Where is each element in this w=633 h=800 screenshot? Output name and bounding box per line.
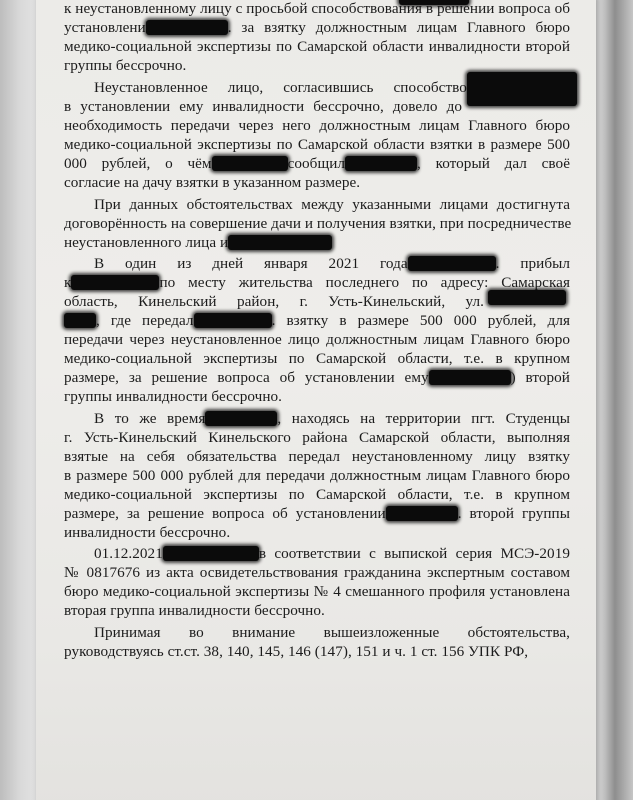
text-line: передачи через неустановленное лицо долж… xyxy=(64,331,570,350)
text-line: 000 рублей, о чёмсообщил, который дал св… xyxy=(64,155,570,174)
text-line: Принимая во внимание вышеизложенные обст… xyxy=(94,624,570,643)
text-line: размере, за решение вопроса об установле… xyxy=(64,369,570,388)
text-line: вторая группа инвалидности бессрочно. xyxy=(64,602,570,621)
redaction-block xyxy=(212,156,288,171)
text-line: взятые на себя обязательства передал неу… xyxy=(64,448,570,467)
redaction-block xyxy=(64,313,96,328)
text-line: необходимость передачи через него должно… xyxy=(64,117,570,136)
text-line: г. Усть-Кинельский Кинельского района Са… xyxy=(64,429,570,448)
photo-scene: к неустановленному лицу с просьбой спосо… xyxy=(0,0,633,800)
text-line: В один из дней января 2021 года. прибыл xyxy=(94,255,570,274)
redaction-block xyxy=(408,256,496,271)
text-line: к неустановленному лицу с просьбой спосо… xyxy=(52,0,570,19)
text-line: группы инвалидности бессрочно. xyxy=(64,388,570,407)
text-line: в установлении ему инвалидности бессрочн… xyxy=(64,98,462,117)
text-line: область, Кинельский район, г. Усть-Кинел… xyxy=(64,293,484,312)
redaction-block xyxy=(345,156,417,171)
redaction-block xyxy=(399,0,469,5)
text-line: медико-социальной экспертизы по Самарско… xyxy=(64,38,570,57)
text-line: , где передал. взятку в размере 500 000 … xyxy=(64,312,570,331)
text-line: медико-социальной экспертизы по Самарско… xyxy=(64,486,570,505)
text-line: договорённость на совершение дачи и полу… xyxy=(64,215,570,234)
redaction-block xyxy=(386,506,458,521)
text-line: бюро медико-социальной экспертизы № 4 см… xyxy=(64,583,570,602)
text-line: инвалидности бессрочно. xyxy=(64,524,570,543)
redaction-block xyxy=(146,20,228,35)
redaction-block xyxy=(163,546,259,561)
redaction-block xyxy=(488,290,566,305)
text-line: медико-социальной экспертизы по Самарско… xyxy=(64,136,570,155)
text-line: руководствуясь ст.ст. 38, 140, 145, 146 … xyxy=(64,643,570,662)
redaction-block xyxy=(205,411,277,426)
text-line: При данных обстоятельствах между указанн… xyxy=(94,196,570,215)
text-line: в размере 500 000 рублей для передачи до… xyxy=(64,467,570,486)
text-line: № 0817676 из акта освидетельствования гр… xyxy=(64,564,570,583)
redaction-block xyxy=(429,370,511,385)
text-line: В то же время, находясь на территории пг… xyxy=(94,410,570,429)
text-line: установлени. за взятку должностным лицам… xyxy=(64,19,570,38)
text-line: 01.12.2021в соответствии с выпиской сери… xyxy=(94,545,570,564)
text-line: размере, за решение вопроса об установле… xyxy=(64,505,570,524)
text-line: согласие на дачу взятки в указанном разм… xyxy=(64,174,570,193)
redaction-block xyxy=(71,275,159,290)
text-line: Неустановленное лицо, согласившись спосо… xyxy=(94,79,494,98)
redaction-block xyxy=(194,313,272,328)
text-line: неустановленного лица и xyxy=(64,234,570,253)
redaction-block xyxy=(467,72,577,106)
text-line: медико-социальной экспертизы по Самарско… xyxy=(64,350,570,369)
redaction-block xyxy=(228,235,332,250)
